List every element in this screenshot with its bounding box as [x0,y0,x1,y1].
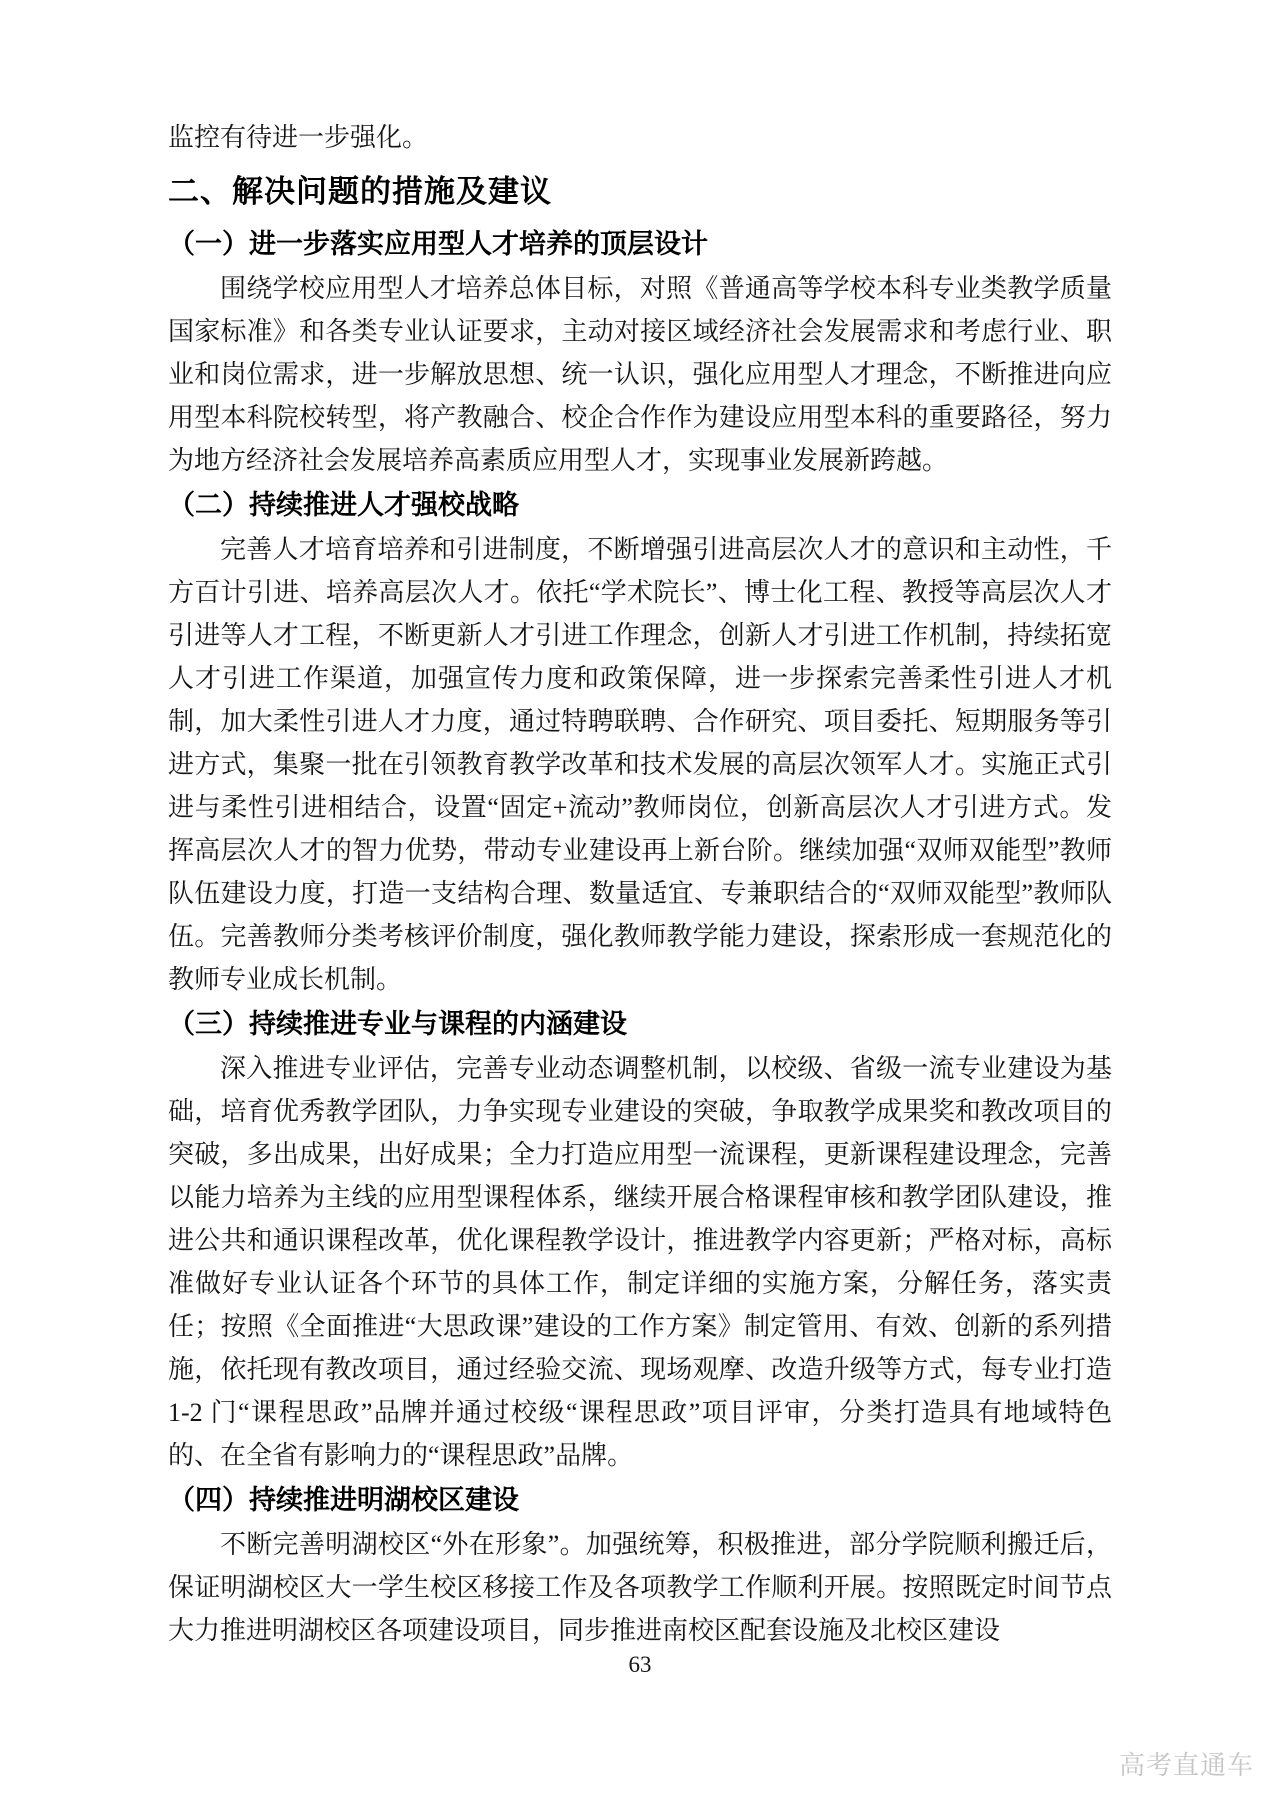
section-2-heading: （二）持续推进人才强校战略 [168,482,1112,528]
section-3-paragraph: 深入推进专业评估，完善专业动态调整机制，以校级、省级一流专业建设为基础，培育优秀… [168,1047,1112,1477]
section-4-heading: （四）持续推进明湖校区建设 [168,1477,1112,1523]
leading-paragraph-line: 监控有待进一步强化。 [168,116,1112,159]
section-2-paragraph: 完善人才培育培养和引进制度，不断增强引进高层次人才的意识和主动性，千方百计引进、… [168,528,1112,1001]
chapter-heading: 二、解决问题的措施及建议 [168,166,1112,218]
watermark: 高考直通车 [1119,1745,1254,1782]
page-number: 63 [0,1650,1280,1680]
document-page: 监控有待进一步强化。 二、解决问题的措施及建议 （一）进一步落实应用型人才培养的… [0,0,1280,1810]
section-1-paragraph: 围绕学校应用型人才培养总体目标，对照《普通高等学校本科专业类教学质量国家标准》和… [168,267,1112,482]
page-content: 监控有待进一步强化。 二、解决问题的措施及建议 （一）进一步落实应用型人才培养的… [168,116,1112,1652]
section-3-heading: （三）持续推进专业与课程的内涵建设 [168,1001,1112,1047]
section-4-paragraph: 不断完善明湖校区“外在形象”。加强统筹，积极推进，部分学院顺利搬迁后，保证明湖校… [168,1523,1112,1652]
section-1-heading: （一）进一步落实应用型人才培养的顶层设计 [168,221,1112,267]
